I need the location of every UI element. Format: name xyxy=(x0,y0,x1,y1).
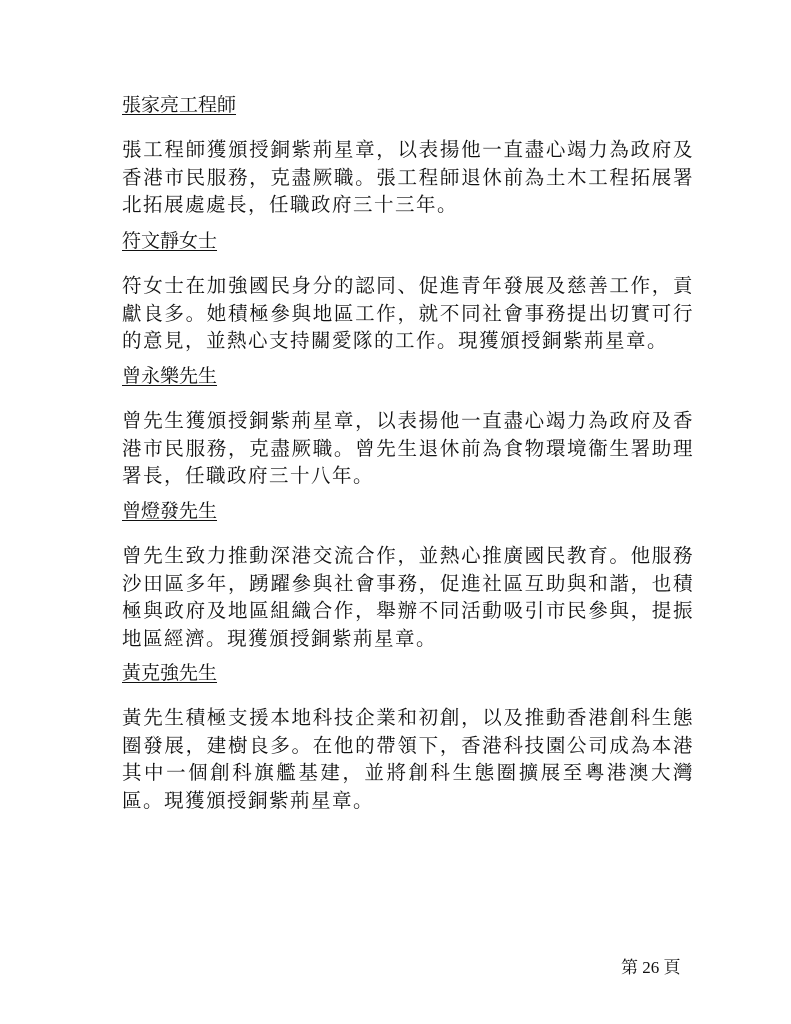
awardee-section: 曾永樂先生 曾先生獲頒授銅紫荊星章，以表揚他一直盡心竭力為政府及香港市民服務，克… xyxy=(122,363,694,490)
awardee-citation: 符女士在加強國民身分的認同、促進青年發展及慈善工作，貢獻良多。她積極參與地區工作… xyxy=(122,272,694,355)
awardee-citation: 張工程師獲頒授銅紫荊星章，以表揚他一直盡心竭力為政府及香港市民服務，克盡厥職。張… xyxy=(122,136,694,219)
awardee-section: 黃克強先生 黃先生積極支援本地科技企業和初創，以及推動香港創科生態圈發展，建樹良… xyxy=(122,660,694,814)
awardee-name-heading: 張家亮工程師 xyxy=(122,92,694,118)
awardee-name-heading: 曾燈發先生 xyxy=(122,498,694,524)
awardee-citation: 曾先生致力推動深港交流合作，並熱心推廣國民教育。他服務沙田區多年，踴躍參與社會事… xyxy=(122,542,694,652)
awardee-section: 張家亮工程師 張工程師獲頒授銅紫荊星章，以表揚他一直盡心竭力為政府及香港市民服務… xyxy=(122,92,694,219)
awardee-citation: 曾先生獲頒授銅紫荊星章，以表揚他一直盡心竭力為政府及香港市民服務，克盡厥職。曾先… xyxy=(122,407,694,490)
page-number: 第 26 頁 xyxy=(621,957,681,979)
awardee-name-heading: 黃克強先生 xyxy=(122,660,694,686)
awardee-section: 曾燈發先生 曾先生致力推動深港交流合作，並熱心推廣國民教育。他服務沙田區多年，踴… xyxy=(122,498,694,652)
awardee-section: 符文靜女士 符女士在加強國民身分的認同、促進青年發展及慈善工作，貢獻良多。她積極… xyxy=(122,228,694,355)
awardee-citation: 黃先生積極支援本地科技企業和初創，以及推動香港創科生態圈發展，建樹良多。在他的帶… xyxy=(122,704,694,814)
awardee-name-heading: 符文靜女士 xyxy=(122,228,694,254)
awardee-name-heading: 曾永樂先生 xyxy=(122,363,694,389)
